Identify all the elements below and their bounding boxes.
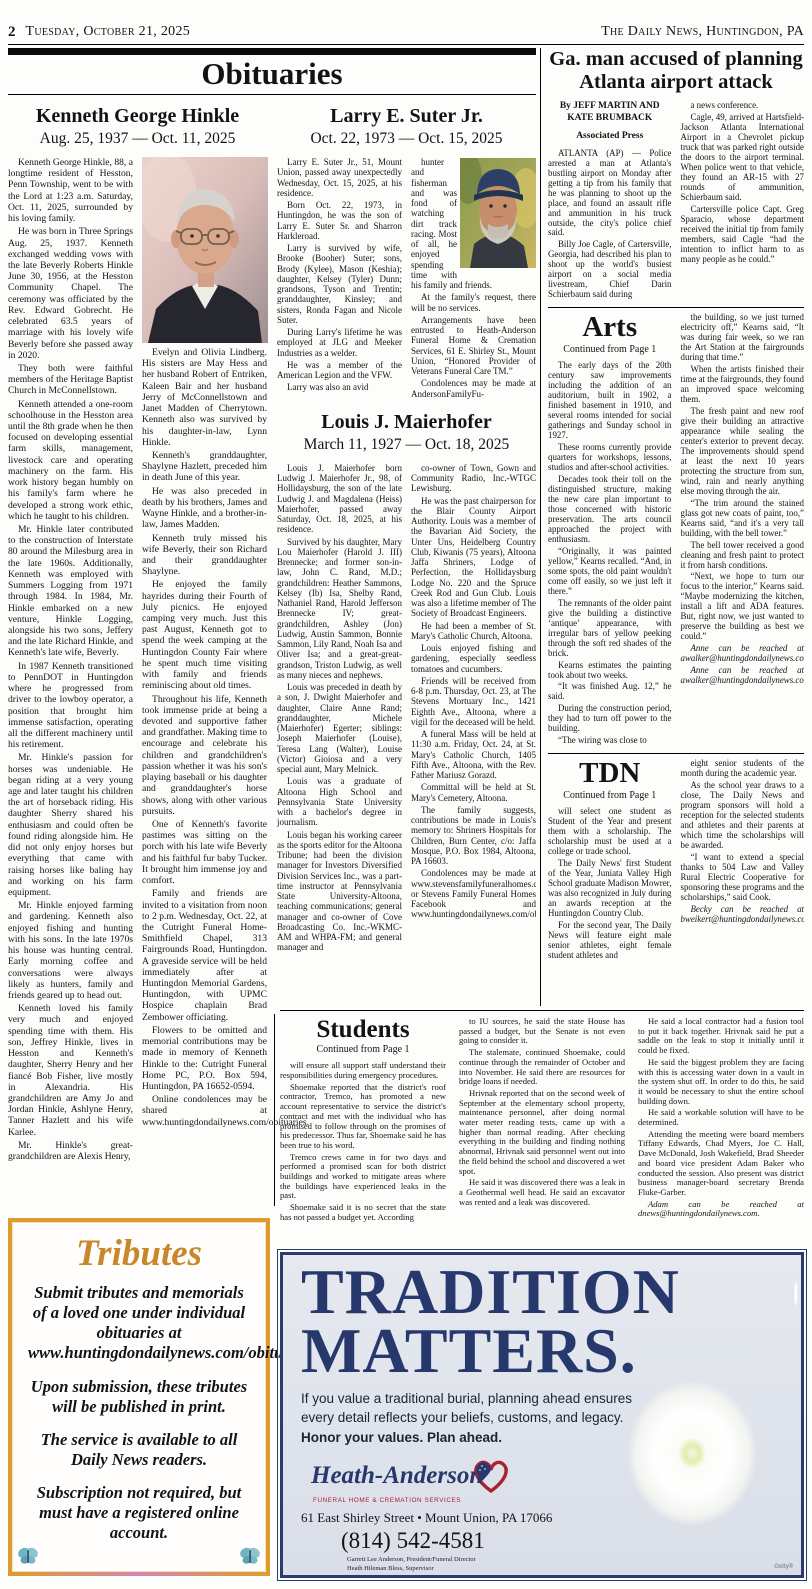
funeral-home-logo-name: Heath-Anderson [311, 1462, 483, 1490]
suter-portrait-photo [460, 158, 536, 268]
paragraph: For the second year, The Daily News will… [548, 921, 672, 961]
paragraph: The stalemate, continued Shoemake, could… [459, 1048, 625, 1087]
airport-article: Ga. man accused of planning Atlanta airp… [548, 48, 804, 302]
paragraph: “Originally, it was painted yellow,” Kea… [548, 547, 672, 597]
paragraph: eight senior students of the month durin… [681, 759, 805, 779]
tributes-logo: Tributes [28, 1232, 250, 1275]
reporter-contact: Anne can be reached at awalker@huntingdo… [681, 666, 805, 686]
paragraph: “The trim around the stained glass got n… [681, 499, 805, 539]
paragraph: During Larry's lifetime he was employed … [277, 327, 402, 358]
paragraph: will select one student as Student of th… [548, 807, 672, 857]
paragraph: Kearns estimates the painting took about… [548, 661, 672, 681]
reporter-contact: Adam can be reached at dnews@huntingdond… [638, 1200, 804, 1219]
article-text-column: a news conference.Cagle, 49, arrived at … [681, 101, 805, 302]
obit-text-column: Louis J. Maierhofer born Ludwig J. Maier… [277, 463, 402, 955]
paragraph: Evelyn and Olivia Lindberg. His sisters … [142, 347, 267, 448]
obituary-name: Kenneth George Hinkle [8, 105, 267, 128]
paragraph: These rooms currently provide quarters f… [548, 443, 672, 473]
paragraph: The fresh paint and new roof give their … [681, 407, 805, 497]
byline-credit: Associated Press [548, 131, 672, 143]
airport-article-headline: Ga. man accused of planning Atlanta airp… [548, 48, 804, 93]
ad-director-line: Heath Hileman Bless, Supervisor [347, 1565, 721, 1574]
photo-credit: Getty® [774, 1564, 793, 1570]
paragraph: Larry E. Suter Jr., 51, Mount Union, pas… [277, 157, 402, 198]
article-text-column: Arts Continued from Page 1 The early day… [548, 313, 672, 748]
arts-section-title: Arts [548, 313, 672, 342]
paragraph: When the artists finished their time at … [681, 365, 805, 405]
paragraph: Attending the meeting were board members… [638, 1130, 804, 1198]
ad-director-line: Garrett Lee Anderson, President/Funeral … [347, 1556, 721, 1565]
tribute-ad-line: Upon submission, these tributes will be … [28, 1377, 250, 1417]
article-text-column: to IU sources, he said the state House h… [459, 1017, 625, 1225]
paragraph: Flowers to be omitted and memorial contr… [142, 1025, 267, 1092]
paragraph: Condolences may be made at AndersonFamil… [411, 378, 536, 399]
section-divider [548, 753, 804, 754]
paragraph: He had been a member of St. Mary's Catho… [411, 621, 536, 642]
obituary-maierhofer: Louis J. Maierhofer March 11, 1927 — Oct… [277, 411, 536, 955]
paragraph: Larry was also an avid [277, 382, 402, 392]
paragraph: Kenneth's granddaughter, Shaylyne Hazlet… [142, 450, 267, 484]
funeral-home-logo-subtitle: FUNERAL HOME & CREMATION SERVICES [313, 1497, 721, 1504]
paragraph: “It was finished Aug. 12,” he said. [548, 682, 672, 702]
paragraph: Larry is survived by wife, Brooke (Boohe… [277, 243, 402, 325]
obit-text-column: Evelyn and Olivia Lindberg. His sisters … [142, 157, 267, 1164]
paragraph: As the school year draws to a close, The… [681, 781, 805, 851]
obit-text-column: co-owner of Town, Gown and Community Rad… [411, 463, 536, 955]
article-text-column: TDN Continued from Page 1 will select on… [548, 759, 672, 963]
tdn-jump-section: TDN Continued from Page 1 will select on… [548, 759, 804, 963]
paragraph: Louis enjoyed fishing and gardening, esp… [411, 643, 536, 674]
paragraph: Louis was a graduate of Altoona High Sch… [277, 776, 402, 827]
paragraph: Louis began his working career as the sp… [277, 830, 402, 953]
obituary-suter: Larry E. Suter Jr. Oct. 22, 1973 — Oct. … [277, 105, 536, 401]
paragraph: co-owner of Town, Gown and Community Rad… [411, 463, 536, 494]
paragraph: He said the biggest problem they are fac… [638, 1058, 804, 1107]
students-section-title: Students [280, 1017, 446, 1042]
ad-phone: (814) 542-4581 [341, 1528, 721, 1554]
paragraph: Shoemake said it is no secret that the s… [280, 1203, 446, 1222]
article-text-column: He said a local contractor had a fusion … [638, 1017, 804, 1225]
ad-body-line: every detail reflects your beliefs, cust… [301, 1408, 721, 1428]
paragraph: He said it was discovered there was a le… [459, 1178, 625, 1207]
reporter-contact: Anne can be reached at awalker@huntingdo… [681, 644, 805, 664]
paragraph: Throughout his life, Kenneth took immens… [142, 694, 267, 817]
tribute-ad-line: The service is available to all Daily Ne… [28, 1430, 250, 1470]
butterfly-icon [239, 1546, 261, 1566]
obit-text-column: Evelyn and Olivia Lindberg. His sisters … [142, 347, 267, 1128]
page-number: 2 [8, 24, 16, 41]
obituaries-section-title: Obituaries [8, 56, 536, 92]
article-text-column: Students Continued from Page 1 will ensu… [280, 1017, 446, 1225]
paragraph: Decades took their toll on the distingui… [548, 475, 672, 545]
article-text-column: the building, so we just turned electric… [681, 313, 805, 748]
paragraph: to IU sources, he said the state House h… [459, 1017, 625, 1046]
paragraph: The bell tower received a good cleaning … [681, 541, 805, 571]
obituary-middle-column: Larry E. Suter Jr. Oct. 22, 1973 — Oct. … [277, 101, 536, 1164]
paragraph: Committal will be held at St. Mary's Cem… [411, 782, 536, 803]
obit-text-column: Kenneth George Hinkle, 88, a longtime re… [8, 157, 133, 1164]
paragraph: Survived by his daughter, Mary Lou Maier… [277, 537, 402, 681]
section-divider [548, 307, 804, 308]
page-header: 2 Tuesday, October 21, 2025 The Daily Ne… [8, 24, 804, 44]
paragraph: They both were faithful members of the H… [8, 363, 133, 397]
paragraph: Tremco crews came in for two days and pe… [280, 1153, 446, 1202]
paragraph: Kenneth truly missed his wife Beverly, t… [142, 533, 267, 578]
continued-label: Continued from Page 1 [548, 344, 672, 355]
paragraph: Online condolences may be shared at www.… [142, 1094, 267, 1128]
article-text-column: eight senior students of the month durin… [681, 759, 805, 963]
tributes-ad: Tributes Submit tributes and memorials o… [8, 1218, 270, 1576]
paragraph: Hrivnak reported that on the second week… [459, 1089, 625, 1176]
paragraph: The family suggests, contributions be ma… [411, 805, 536, 867]
paragraph: He said a local contractor had a fusion … [638, 1017, 804, 1056]
paragraph: At the family's request, there will be n… [411, 292, 536, 313]
paragraph: Mr. Hinkle later contributed to the cons… [8, 524, 133, 659]
paragraph: Born Oct. 22, 1973, in Huntingdon, he wa… [277, 200, 402, 241]
paragraph: He was also preceded in death by his bro… [142, 486, 267, 531]
byline: By JEFF MARTIN AND KATE BRUMBACK [548, 101, 672, 125]
lower-vertical-rule [274, 1014, 275, 1206]
paragraph: Kenneth loved his family very much and e… [8, 1003, 133, 1138]
paragraph: Billy Joe Cagle, of Cartersville, Georgi… [548, 240, 672, 300]
paragraph: Condolences may be made at www.stevensfa… [411, 868, 536, 919]
tdn-section-title: TDN [548, 759, 672, 788]
paragraph: Family and friends are invited to a visi… [142, 888, 267, 1023]
paragraph: He enjoyed the family hayrides during th… [142, 579, 267, 691]
obit-text-column: hunter and fisherman and was fond of wat… [411, 157, 536, 401]
paragraph: Mr. Hinkle enjoyed farming and gardening… [8, 900, 133, 1001]
paragraph: A funeral Mass will be held at 11:30 a.m… [411, 729, 536, 780]
masthead: The Daily News, Huntingdon, PA [601, 24, 804, 40]
paragraph: Louis was preceded in death by a son, J.… [277, 682, 402, 774]
paragraph: The Daily News' first Student of the Yea… [548, 859, 672, 919]
paragraph: Cagle, 49, arrived at Hartsfield-Jackson… [681, 113, 805, 203]
paragraph: a news conference. [681, 101, 805, 111]
paragraph: Louis J. Maierhofer born Ludwig J. Maier… [277, 463, 402, 535]
paragraph: Kenneth attended a one-room schoolhouse … [8, 399, 133, 522]
article-text-column: By JEFF MARTIN AND KATE BRUMBACK Associa… [548, 101, 672, 302]
paragraph: The early days of the 20th century saw i… [548, 361, 672, 441]
paragraph: will ensure all support staff understand… [280, 1061, 446, 1080]
paragraph: He was the past chairperson for the Blai… [411, 496, 536, 619]
obituaries-banner-bar [8, 48, 536, 55]
paragraph: the building, so we just turned electric… [681, 313, 805, 363]
right-news-column: Ga. man accused of planning Atlanta airp… [548, 48, 804, 1008]
heath-anderson-ad: TRADITION MATTERS. If you value a tradit… [280, 1252, 804, 1578]
paragraph: Cartersville police Capt. Greg Sparacio,… [681, 205, 805, 265]
paragraph: Mr. Hinkle's great-grandchildren are Ale… [8, 1140, 133, 1162]
ad-body-line: Honor your values. Plan ahead. [301, 1428, 721, 1448]
obituary-dates: Oct. 22, 1973 — Oct. 15, 2025 [277, 130, 536, 148]
paragraph: In 1987 Kenneth transitioned to PennDOT … [8, 661, 133, 751]
paragraph: Arrangements have been entrusted to Heat… [411, 315, 536, 377]
tribute-ad-line: Submit tributes and memorials of a loved… [28, 1283, 250, 1364]
paragraph: “I want to extend a special thanks to 50… [681, 853, 805, 903]
paragraph: The remnants of the older paint give the… [548, 599, 672, 659]
header-rule [8, 44, 804, 45]
paragraph: He was born in Three Springs Aug. 25, 19… [8, 226, 133, 361]
students-jump-section: Students Continued from Page 1 will ensu… [280, 1010, 804, 1255]
arts-jump-section: Arts Continued from Page 1 The early day… [548, 313, 804, 748]
heath-anderson-logo: Heath-Anderson [311, 1457, 721, 1495]
ad-body-line: If you value a traditional burial, plann… [301, 1389, 721, 1409]
paragraph: ATLANTA (AP) — Police arrested a man at … [548, 149, 672, 239]
ad-website: AndersonFamilyFuneralHomes.com [311, 1577, 721, 1578]
ad-headline-line1: TRADITION [301, 1263, 721, 1322]
continued-label: Continued from Page 1 [280, 1044, 446, 1055]
paragraph: Friends will be received from 6-8 p.m. T… [411, 676, 536, 727]
paragraph: He was a member of the American Legion a… [277, 360, 402, 381]
obituary-name: Larry E. Suter Jr. [277, 105, 536, 128]
paragraph: Shoemake reported that the district's ro… [280, 1083, 446, 1151]
paragraph: Kenneth George Hinkle, 88, a longtime re… [8, 157, 133, 224]
obituary-name: Louis J. Maierhofer [277, 411, 536, 434]
paragraph: He said a workable solution will have to… [638, 1108, 804, 1127]
paragraph: One of Kenneth's favorite pastimes was s… [142, 819, 267, 886]
obituary-dates: March 11, 1927 — Oct. 18, 2025 [277, 436, 536, 454]
obit-text-column: Larry E. Suter Jr., 51, Mount Union, pas… [277, 157, 402, 401]
reporter-contact: Becky can be reached at bweikert@hunting… [681, 905, 805, 925]
paragraph: “Next, we hope to turn our focus to the … [681, 572, 805, 642]
obituary-hinkle: Kenneth George Hinkle Aug. 25, 1937 — Oc… [8, 101, 267, 1164]
obituaries-banner-rule [8, 94, 536, 95]
main-vertical-rule [540, 48, 541, 1006]
ad-address: 61 East Shirley Street • Mount Union, PA… [301, 1510, 721, 1526]
paragraph: “The wiring was close to [548, 736, 672, 746]
paragraph: Mr. Hinkle's passion for horses was unde… [8, 752, 133, 898]
obituary-dates: Aug. 25, 1937 — Oct. 11, 2025 [8, 130, 267, 148]
continued-label: Continued from Page 1 [548, 790, 672, 801]
ad-headline-line2: MATTERS. [301, 1322, 721, 1381]
butterfly-icon [17, 1546, 39, 1566]
issue-date: Tuesday, October 21, 2025 [26, 24, 191, 40]
paragraph: During the construction period, they had… [548, 704, 672, 734]
hinkle-portrait-photo [142, 157, 268, 343]
tribute-ad-line: Subscription not required, but must have… [28, 1483, 250, 1543]
